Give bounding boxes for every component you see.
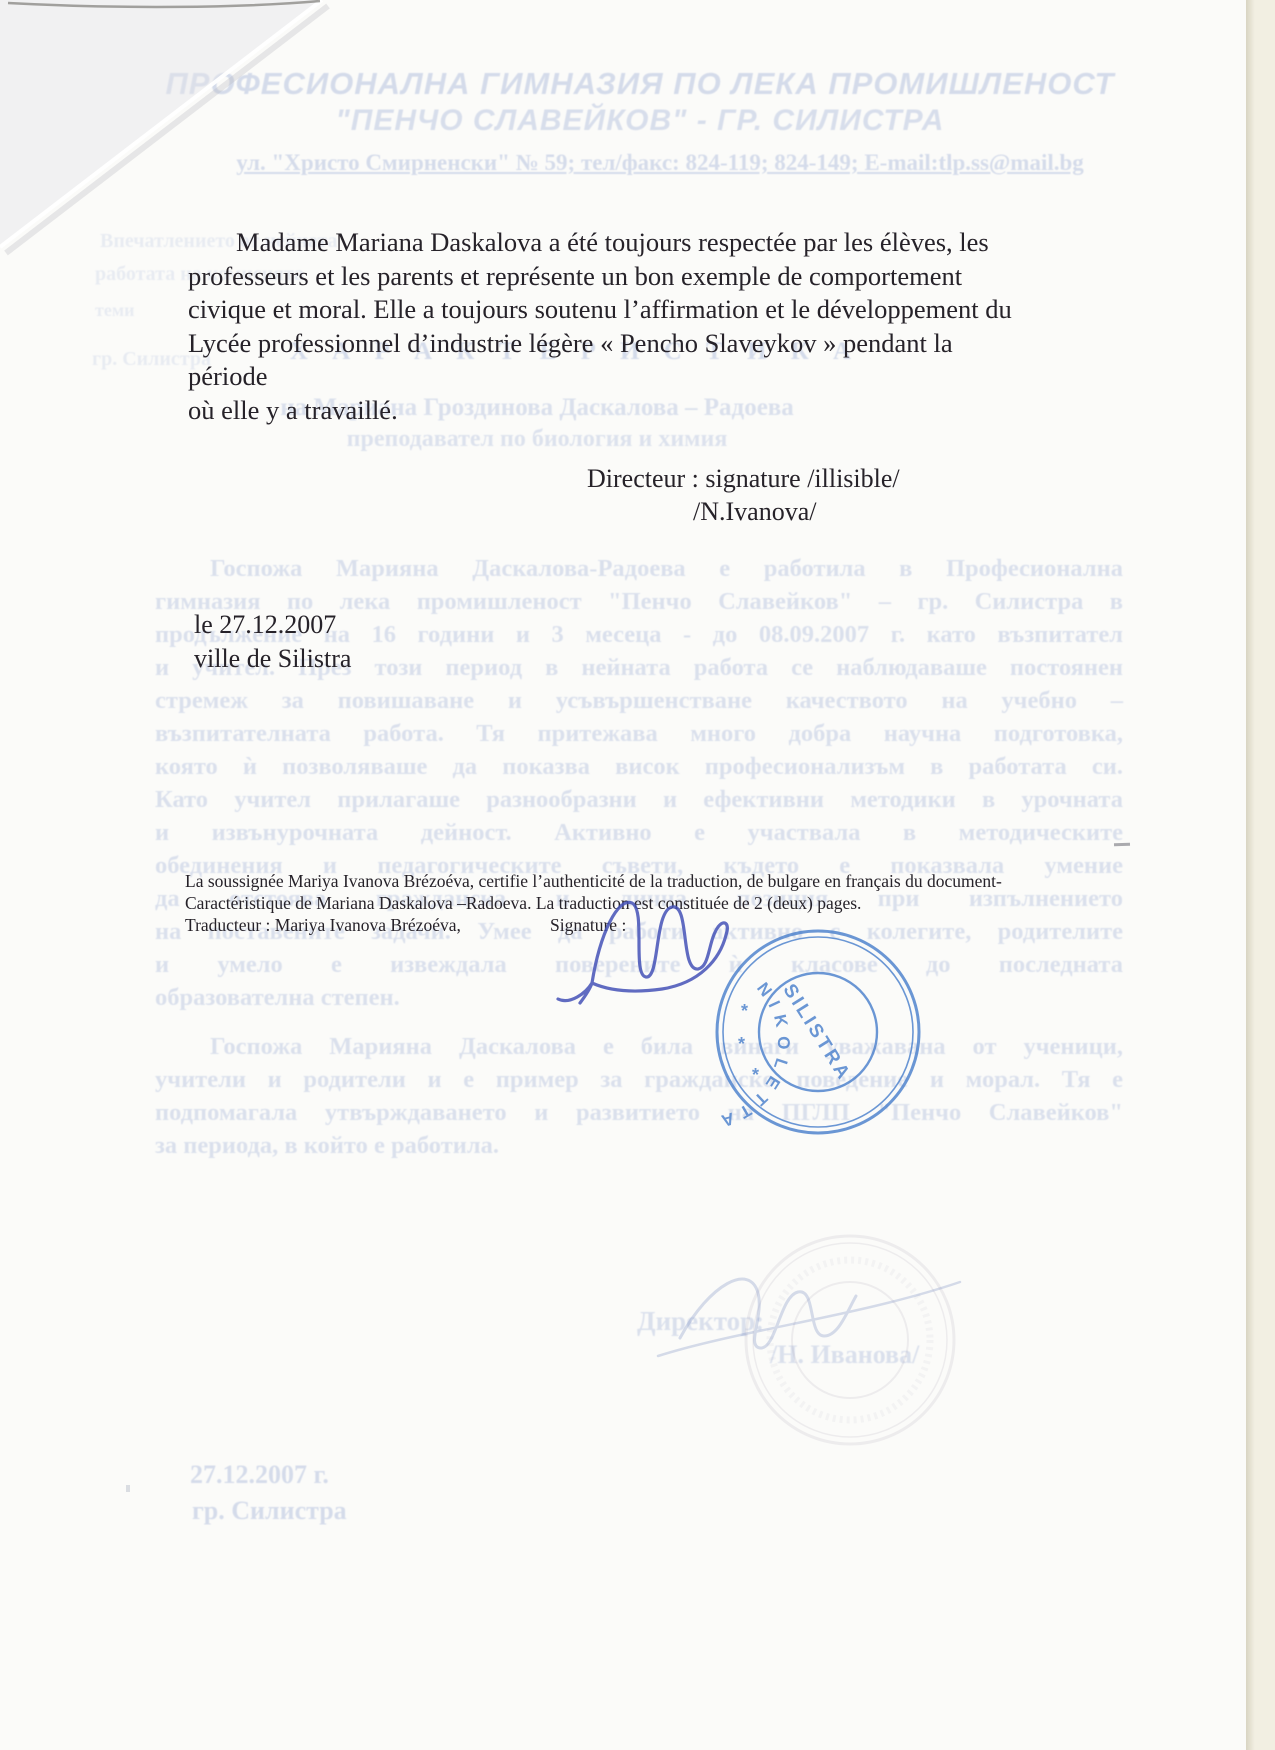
faint-director-signature	[640, 1238, 980, 1368]
ghost-paragraph-2: Госпожа Марияна Даскалова е била винаги …	[155, 1030, 1123, 1162]
text-line: où elle y a travaillé.	[188, 394, 1024, 428]
text-line: и извънурочната дейност. Активно е участ…	[155, 816, 1123, 849]
scan-right-edge	[1246, 0, 1275, 1750]
ghost-fragment: теми	[95, 300, 134, 321]
stamp-star: *	[738, 1034, 745, 1054]
ghost-subject-role: преподавател по биология и химия	[237, 426, 837, 453]
stamp-star: *	[752, 1065, 759, 1085]
ghost-school-name-line2: "ПЕНЧО СЛАВЕЙКОВ" - ГР. СИЛИСТРА	[160, 104, 1120, 138]
translator-pen-signature	[550, 863, 770, 1013]
directeur-signature-line: Directeur : signature /illisible/	[587, 464, 900, 494]
scan-artifact-speck	[126, 1485, 130, 1492]
text-line: Lycée professionnel d’industrie légère «…	[188, 327, 1024, 394]
ghost-footer-date: 27.12.2007 г.	[190, 1460, 329, 1490]
city-line: ville de Silistra	[194, 644, 351, 674]
text-line: която ѝ позволяваше да показва висок про…	[155, 750, 1123, 783]
text-line: Като учител прилагаше разнообразни и ефе…	[155, 783, 1123, 816]
text-line: възпитателната работа. Тя притежава мног…	[155, 717, 1123, 750]
text-line: professeurs et les parents et représente…	[188, 260, 1024, 294]
text-line: учители и родители и е пример за граждан…	[155, 1063, 1123, 1096]
scanned-document-page: { "page": { "ghost_header": { "line1": "…	[0, 0, 1275, 1750]
text-line: подпомагала утвърждаването и развитието …	[155, 1096, 1123, 1129]
ghost-footer-city: гр. Силистра	[192, 1496, 347, 1526]
text-line: стремеж за повишаване и усъвършенстване …	[155, 684, 1123, 717]
text-line: за периода, в който е работила.	[155, 1129, 1123, 1162]
date-line: le 27.12.2007	[194, 610, 336, 640]
text-line: Madame Mariana Daskalova a été toujours …	[188, 226, 1024, 260]
text-line: Госпожа Марияна Даскалова-Радоева е рабо…	[155, 552, 1123, 585]
ghost-school-address: ул. "Христо Смирненски" № 59; тел/факс: …	[180, 150, 1140, 176]
text-line: civique et moral. Elle a toujours souten…	[188, 293, 1024, 327]
translator-name-line: Traducteur : Mariya Ivanova Brézoéva,	[185, 915, 461, 935]
directeur-name: /N.Ivanova/	[693, 497, 816, 527]
document-page: ПРОФЕСИОНАЛНА ГИМНАЗИЯ ПО ЛЕКА ПРОМИШЛЕН…	[0, 0, 1248, 1750]
french-main-paragraph: Madame Mariana Daskalova a été toujours …	[188, 226, 1024, 427]
text-line: Госпожа Марияна Даскалова е била винаги …	[155, 1030, 1123, 1063]
ghost-school-name-line1: ПРОФЕСИОНАЛНА ГИМНАЗИЯ ПО ЛЕКА ПРОМИШЛЕН…	[160, 66, 1120, 102]
scan-artifact-dash	[1114, 843, 1130, 847]
